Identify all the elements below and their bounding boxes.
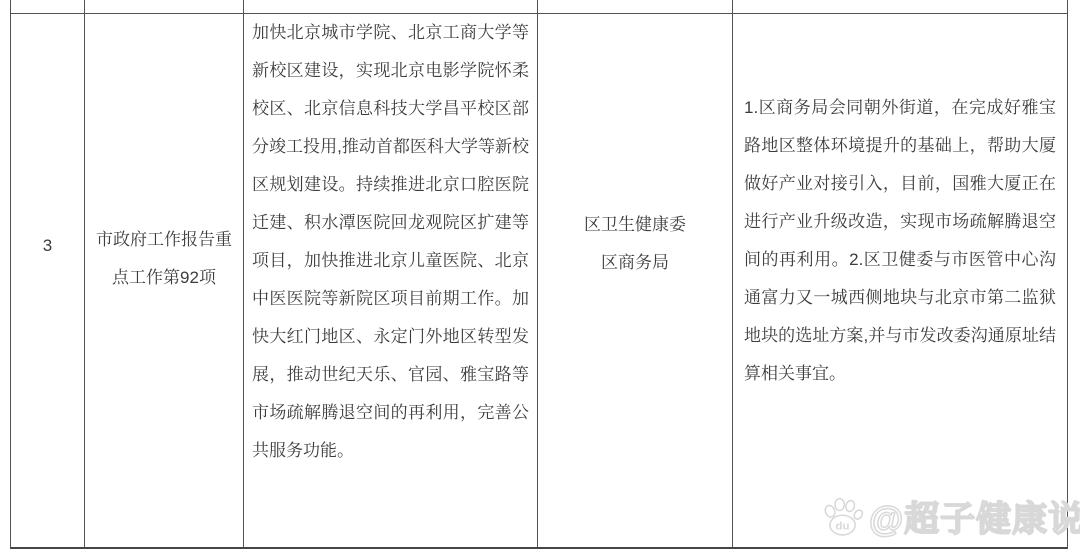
document-page: 3 市政府工作报告重点工作第92项 加快北京城市学院、北京工商大学等新校区建设，… xyxy=(0,0,1080,558)
partial-cell-progress xyxy=(733,0,1067,13)
project-text: 市政府工作报告重点工作第92项 xyxy=(94,221,234,297)
row-index-cell: 3 xyxy=(11,14,85,547)
department-item: 区卫生健康委 xyxy=(584,206,686,244)
measures-cell: 加快北京城市学院、北京工商大学等新校区建设，实现北京电影学院怀柔校区、北京信息科… xyxy=(244,14,538,547)
department-item: 区商务局 xyxy=(601,244,669,282)
measures-text: 加快北京城市学院、北京工商大学等新校区建设，实现北京电影学院怀柔校区、北京信息科… xyxy=(252,14,529,470)
partial-cell-project xyxy=(85,0,244,13)
responsible-departments-cell: 区卫生健康委 区商务局 xyxy=(538,14,733,547)
work-progress-table: 3 市政府工作报告重点工作第92项 加快北京城市学院、北京工商大学等新校区建设，… xyxy=(10,0,1068,549)
progress-text: 1.区商务局会同朝外街道，在完成好雅宝路地区整体环境提升的基础上，帮助大厦做好产… xyxy=(744,89,1056,393)
table-row: 3 市政府工作报告重点工作第92项 加快北京城市学院、北京工商大学等新校区建设，… xyxy=(11,14,1067,547)
partial-cell-index xyxy=(11,0,85,13)
progress-cell: 1.区商务局会同朝外街道，在完成好雅宝路地区整体环境提升的基础上，帮助大厦做好产… xyxy=(733,14,1067,547)
row-index: 3 xyxy=(43,227,52,265)
partial-cell-measures xyxy=(244,0,538,13)
project-cell: 市政府工作报告重点工作第92项 xyxy=(85,14,244,547)
table-row-partial xyxy=(11,0,1067,14)
partial-cell-departments xyxy=(538,0,733,13)
